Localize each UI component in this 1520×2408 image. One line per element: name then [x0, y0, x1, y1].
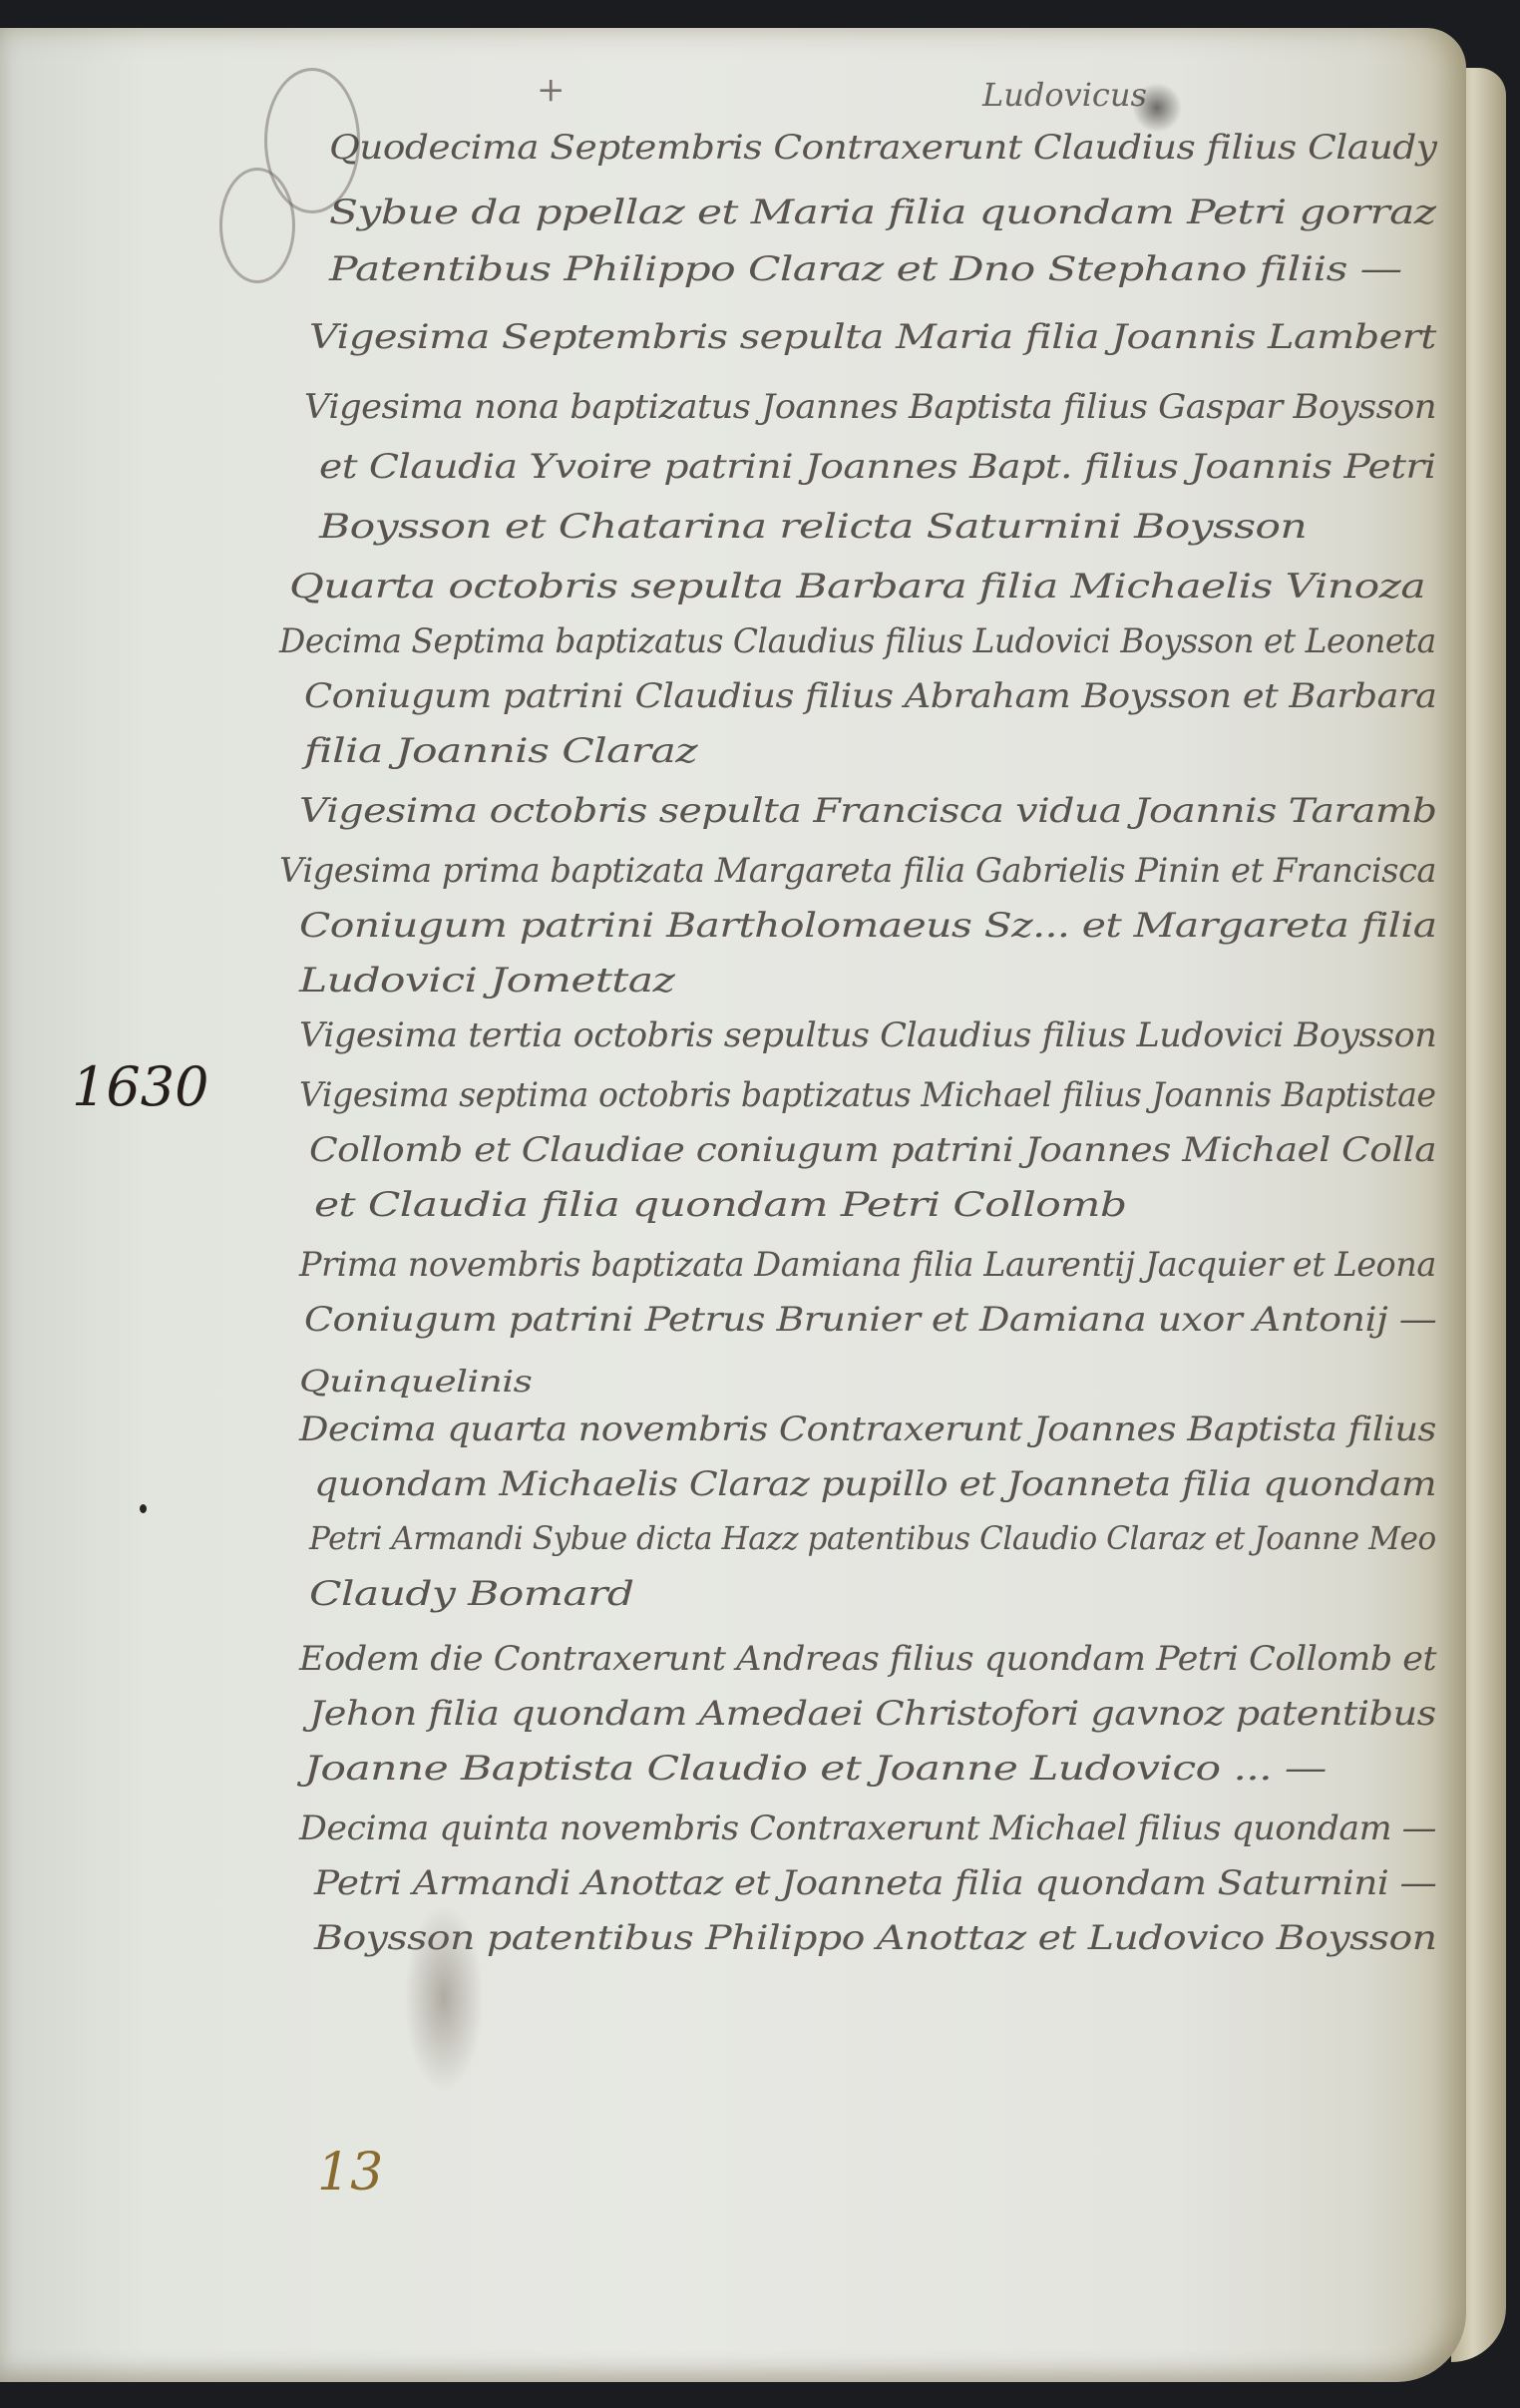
- margin-year: 1630: [72, 1055, 208, 1118]
- entry-line: Quinquelinis: [299, 1365, 532, 1400]
- entry-line: et Claudia Yvoire patrini Joannes Bapt. …: [319, 447, 1436, 487]
- ink-dot: [140, 1504, 147, 1513]
- entry-line: Petri Armandi Sybue dicta Hazz patentibu…: [309, 1519, 1436, 1557]
- entry-line: Quodecima Septembris Contraxerunt Claudi…: [329, 128, 1436, 168]
- folio-number: 13: [317, 2143, 383, 2203]
- entry-line: Petri Armandi Anottaz et Joanneta filia …: [314, 1863, 1436, 1903]
- entry-line: Ludovici Jomettaz: [299, 961, 674, 1001]
- entry-line: Coniugum patrini Petrus Brunier et Damia…: [304, 1300, 1436, 1340]
- entry-line: Joanne Baptista Claudio et Joanne Ludovi…: [304, 1749, 1327, 1789]
- entry-line: Patentibus Philippo Claraz et Dno Stepha…: [329, 249, 1402, 289]
- manuscript-page: + Ludovicus Quodecima Septembris Contrax…: [0, 28, 1466, 2382]
- entry-line: Vigesima Septembris sepulta Maria filia …: [309, 317, 1436, 357]
- water-stain: [404, 1903, 484, 2093]
- entry-line: Boysson patentibus Philippo Anottaz et L…: [314, 1918, 1437, 1958]
- entry-line: Coniugum patrini Claudius filius Abraham…: [304, 676, 1436, 716]
- entry-line: Jehon filia quondam Amedaei Christofori …: [309, 1694, 1436, 1734]
- entry-line: Vigesima nona baptizatus Joannes Baptist…: [304, 387, 1436, 427]
- entry-line: Prima novembris baptizata Damiana filia …: [299, 1245, 1436, 1285]
- entry-line: Decima quarta novembris Contraxerunt Joa…: [299, 1409, 1436, 1449]
- entry-line: Eodem die Contraxerunt Andreas filius qu…: [299, 1639, 1436, 1679]
- register-entries: Quodecima Septembris Contraxerunt Claudi…: [0, 28, 1466, 2382]
- entry-line: et Claudia filia quondam Petri Collomb: [314, 1185, 1126, 1225]
- entry-line: Vigesima tertia octobris sepultus Claudi…: [299, 1015, 1436, 1055]
- entry-line: Vigesima octobris sepulta Francisca vidu…: [299, 791, 1437, 831]
- entry-line: Sybue da ppellaz et Maria filia quondam …: [329, 193, 1435, 232]
- entry-line: Boysson et Chatarina relicta Saturnini B…: [319, 507, 1307, 547]
- entry-line: Decima quinta novembris Contraxerunt Mic…: [299, 1808, 1436, 1848]
- entry-line: Vigesima septima octobris baptizatus Mic…: [299, 1075, 1436, 1115]
- entry-line: Quarta octobris sepulta Barbara filia Mi…: [289, 567, 1425, 606]
- entry-line: Decima Septima baptizatus Claudius filiu…: [279, 621, 1436, 661]
- entry-line: filia Joannis Claraz: [304, 731, 697, 771]
- entry-line: Coniugum patrini Bartholomaeus Sz... et …: [299, 906, 1437, 946]
- entry-line: Collomb et Claudiae coniugum patrini Joa…: [309, 1130, 1436, 1170]
- entry-line: quondam Michaelis Claraz pupillo et Joan…: [314, 1464, 1436, 1504]
- entry-line: Claudy Bomard: [309, 1574, 633, 1614]
- entry-line: Vigesima prima baptizata Margareta filia…: [279, 851, 1436, 891]
